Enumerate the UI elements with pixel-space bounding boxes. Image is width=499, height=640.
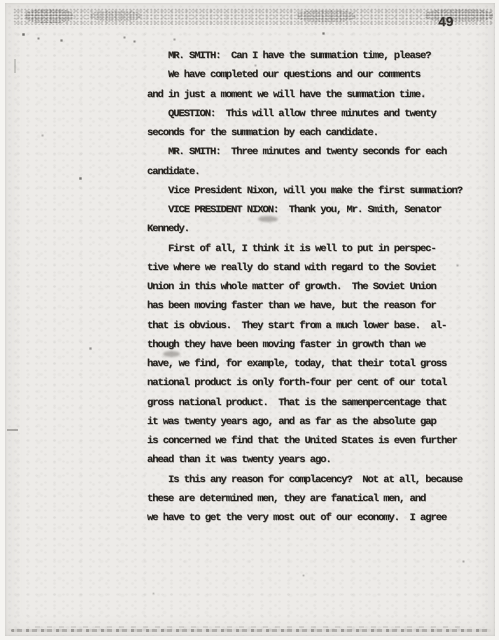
scan-noise-line [11,629,491,632]
text-line: tive where we really do stand with regar… [147,259,487,278]
text-line: VICE PRESIDENT NIXON: Thank you, Mr. Smi… [147,201,487,220]
text-line: these are determined men, they are fanat… [147,490,487,509]
typed-text: MR. SMITH: Can I have the summation time… [147,47,487,528]
text-line: We have completed our questions and our … [147,66,487,85]
scan-smudge [425,9,493,22]
text-line: First of all, I think it is well to put … [147,240,487,259]
scan-smudge [90,11,142,21]
scan-noise-band [13,8,493,25]
text-line: MR. SMITH: Three minutes and twenty seco… [147,143,487,162]
text-line: candidate. [147,163,487,182]
text-line: gross national product. That is the same… [147,394,487,413]
text-line: that is obvious. They start from a much … [147,317,487,336]
scan-smudge [25,9,73,23]
text-line: national product is only forth-four per … [147,374,487,393]
text-line: we have to get the very most out of our … [147,509,487,528]
text-line: Kennedy. [147,220,487,239]
text-line: QUESTION: This will allow three minutes … [147,105,487,124]
text-line: seconds for the summation by each candid… [147,124,487,143]
scanned-document-page: 49 MR. SMITH: Can I have the summation t… [0,0,499,640]
page-number: 49 [438,16,454,32]
edge-mark [14,59,16,73]
paper: 49 MR. SMITH: Can I have the summation t… [5,3,495,636]
text-line: and in just a moment we will have the su… [147,86,487,105]
edge-mark [7,429,18,431]
text-line: have, we find, for example, today, that … [147,355,487,374]
text-line: Vice President Nixon, will you make the … [147,182,487,201]
text-line: though they have been moving faster in g… [147,336,487,355]
scan-smudge [297,10,355,22]
text-line: Union in this whole matter of growth. Th… [147,278,487,297]
text-line: ahead than it was twenty years ago. [147,451,487,470]
text-line: it was twenty years ago, and as far as t… [147,413,487,432]
text-line: MR. SMITH: Can I have the summation time… [147,47,487,66]
text-line: has been moving faster than we have, but… [147,297,487,316]
text-line: Is this any reason for complacency? Not … [147,471,487,490]
ink-specks [5,3,6,4]
scan-noise-line-faint [35,626,465,628]
text-line: is concerned we find that the United Sta… [147,432,487,451]
